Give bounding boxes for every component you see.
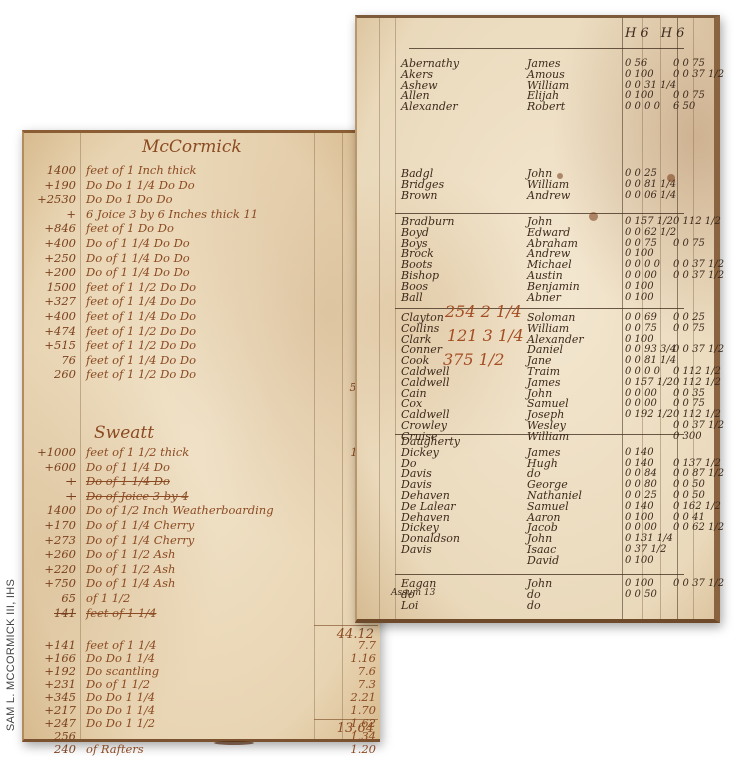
ledger-qty: +400	[30, 236, 76, 250]
entry-c1: 0 100	[625, 555, 654, 567]
entry-c2: 6 50	[673, 101, 695, 113]
ledger-desc: feet of 1 Inch thick	[86, 163, 197, 177]
ledger-amt: 1.20	[350, 742, 376, 756]
ledger-desc: of Rafters	[86, 742, 144, 756]
total-rule	[314, 719, 378, 720]
ledger-page-right: H6 H6 AbernathyJames0 560 0 75AkersAmous…	[355, 15, 720, 623]
ledger-qty: +515	[30, 338, 76, 352]
ledger-row: +141feet of 1 1/47.7	[24, 638, 380, 652]
tally-sum: 375 1/2	[443, 350, 504, 369]
margin-note: Assum 13	[391, 588, 435, 598]
ledger-desc: Do of 1 1/2 Ash	[86, 562, 175, 576]
ledger-amt: 7.7	[358, 638, 376, 652]
ledger-desc: Do of 1 1/2	[86, 677, 150, 691]
ledger-desc: feet of 1 1/2 Do Do	[86, 367, 196, 381]
ledger-row: +846feet of 1 Do Do2.5	[24, 221, 380, 235]
ledger-row: +200Do of 1 1/4 Do Do2.5	[24, 265, 380, 279]
ledger-desc: feet of 1 1/4	[86, 638, 156, 652]
ledger-amt: 7.3	[358, 677, 376, 691]
section-title-sweatt: Sweatt	[94, 423, 154, 443]
ledger-qty: +220	[30, 562, 76, 576]
ledger-row: +170Do of 1 1/4 Cherry6	[24, 518, 380, 532]
ledger-desc: Do of 1 1/4 Do	[86, 474, 170, 488]
ledger-row: +2530Do Do 1 Do Do2.6	[24, 192, 380, 206]
total-rule	[314, 625, 378, 626]
entry-surname: Loi	[401, 600, 418, 612]
ledger-amt: 1.16	[350, 651, 376, 665]
ledger-row: +220Do of 1 1/2 Ash3.2	[24, 562, 380, 576]
ledger-qty: +1000	[30, 445, 76, 459]
ledger-qty: +250	[30, 251, 76, 265]
section-title-mccormick: McCormick	[142, 137, 242, 157]
ledger-desc: Do of 1 1/4 Do Do	[86, 265, 190, 279]
name-entry-row: David0 100	[357, 555, 714, 567]
name-entry-row: AlexanderRobert0 0 0 06 50	[357, 101, 714, 113]
name-ledger: AbernathyJames0 560 0 75AkersAmous0 1000…	[357, 18, 714, 619]
ledger-row: +1000feet of 1 1/2 thick12.5	[24, 445, 380, 459]
ledger-desc: Do Do 1 1/2	[86, 716, 155, 730]
ledger-row: 1400Do of 1/2 Inch Weatherboarding7.0	[24, 503, 380, 517]
ledger-row: 1400feet of 1 Inch thick4.0	[24, 163, 380, 177]
ledger-row: +166Do Do 1 1/41.16	[24, 651, 380, 665]
ledger-desc: Do of Joice 3 by 4	[86, 489, 189, 503]
section-total: 13.64	[337, 721, 374, 736]
ledger-desc: Do of 1/2 Inch Weatherboarding	[86, 503, 274, 517]
ledger-page-left: McCormick 1400feet of 1 Inch thick4.0+19…	[22, 130, 380, 742]
ledger-section-sweatt: +1000feet of 1 1/2 thick12.5+600Do of 1 …	[24, 445, 380, 625]
ledger-desc: feet of 1 Do Do	[86, 221, 174, 235]
ledger-row: +515feet of 1 1/2 Do Do6.4	[24, 338, 380, 352]
entry-given: Robert	[527, 101, 565, 113]
ledger-qty: 256	[30, 729, 76, 743]
entry-surname: Brown	[401, 190, 437, 202]
ledger-desc: Do Do 1 1/4	[86, 703, 155, 717]
name-entry-row: BrownAndrew0 0 06 1/4	[357, 190, 714, 202]
ledger-desc: Do of 1 1/4 Do	[86, 460, 170, 474]
ledger-qty: +231	[30, 677, 76, 691]
ledger-qty: +345	[30, 690, 76, 704]
ink-stain	[589, 212, 598, 221]
ledger-desc: Do scantling	[86, 664, 159, 678]
name-entry-row: Loido	[357, 600, 714, 612]
ledger-row: +217Do Do 1 1/41.70	[24, 703, 380, 717]
ledger-qty: 65	[30, 591, 76, 605]
ledger-qty: +400	[30, 309, 76, 323]
ledger-row: +750Do of 1 1/4 Ash2.7	[24, 576, 380, 590]
ledger-desc: Do of 1 1/4 Do Do	[86, 236, 190, 250]
ledger-row: 2561.34	[24, 729, 380, 743]
ledger-row: 76feet of 1 1/4 Do Do1.1	[24, 353, 380, 367]
entry-given: Abner	[527, 292, 561, 304]
ledger-desc: Do Do 1 1/4	[86, 651, 155, 665]
ledger-amt: 2.21	[350, 690, 376, 704]
ledger-desc: Do Do 1 1/4	[86, 690, 155, 704]
ledger-qty: 1400	[30, 163, 76, 177]
ledger-section-lumber: +141feet of 1 1/47.7+166Do Do 1 1/41.16+…	[24, 638, 380, 738]
ledger-row: +400feet of 1 1/4 Do Do5.0	[24, 309, 380, 323]
ledger-qty: +273	[30, 533, 76, 547]
entry-given: do	[527, 600, 541, 612]
ledger-desc: feet of 1 1/4 Do Do	[86, 309, 196, 323]
ledger-row: +192Do scantling7.6	[24, 664, 380, 678]
ledger-qty: +846	[30, 221, 76, 235]
group-divider-rule	[395, 213, 684, 214]
ledger-qty: +327	[30, 294, 76, 308]
ledger-qty: +600	[30, 460, 76, 474]
ledger-qty: 260	[30, 367, 76, 381]
ledger-qty: +200	[30, 265, 76, 279]
ledger-qty: +190	[30, 178, 76, 192]
ledger-row: 65of 1 1/23.7	[24, 591, 380, 605]
ledger-desc: Do of 1 1/4 Do Do	[86, 251, 190, 265]
ledger-row: 260feet of 1 1/2 Do Do3.7	[24, 367, 380, 381]
ledger-desc: feet of 1 1/4 Do Do	[86, 294, 196, 308]
ledger-row: +345Do Do 1 1/42.21	[24, 690, 380, 704]
ledger-qty: 1500	[30, 280, 76, 294]
ink-stain	[667, 174, 675, 182]
ledger-row: 240of Rafters1.20	[24, 742, 380, 756]
ledger-desc: Do of 1 1/4 Ash	[86, 576, 175, 590]
ledger-desc: feet of 1 1/2 Do Do	[86, 280, 196, 294]
entry-c1: 0 100	[625, 292, 654, 304]
ledger-row: 1500feet of 1 1/2 Do Do7.5	[24, 280, 380, 294]
entry-c1: 0 0 06 1/4	[625, 190, 676, 202]
tally-sum: 254 2 1/4	[445, 302, 522, 321]
ledger-qty: +247	[30, 716, 76, 730]
ledger-desc: of 1 1/2	[86, 591, 130, 605]
entry-given: Andrew	[527, 190, 570, 202]
ledger-row: +231Do of 1 1/27.3	[24, 677, 380, 691]
group-divider-rule	[395, 308, 684, 309]
ledger-qty: +260	[30, 547, 76, 561]
ink-stain	[557, 173, 563, 179]
ledger-qty: +141	[30, 638, 76, 652]
ledger-row: +Do of Joice 3 by 4	[24, 489, 380, 503]
ledger-row: +400Do of 1 1/4 Do Do5.0	[24, 236, 380, 250]
ledger-qty: +192	[30, 664, 76, 678]
ledger-desc: Do of 1 1/4 Cherry	[86, 518, 194, 532]
ledger-qty: +2530	[30, 192, 76, 206]
entry-given: David	[527, 555, 559, 567]
ledger-desc: feet of 1 1/4 Do Do	[86, 353, 196, 367]
ledger-qty: +	[30, 207, 76, 221]
ledger-desc: feet of 1 1/2 thick	[86, 445, 189, 459]
ledger-qty: 240	[30, 742, 76, 756]
ledger-amt: 1.70	[350, 703, 376, 717]
ledger-desc: feet of 1 1/4	[86, 606, 156, 620]
ledger-qty: +	[30, 489, 76, 503]
ledger-qty: +750	[30, 576, 76, 590]
ledger-qty: +	[30, 474, 76, 488]
entry-surname: Ball	[401, 292, 423, 304]
ledger-row: +250Do of 1 1/4 Do Do3.1	[24, 251, 380, 265]
ledger-row: +474feet of 1 1/2 Do Do2.5	[24, 324, 380, 338]
ledger-desc: 6 Joice 3 by 6 Inches thick 11	[86, 207, 258, 221]
ledger-row: +260Do of 1 1/2 Ash3.4	[24, 547, 380, 561]
ledger-desc: Do of 1 1/4 Cherry	[86, 533, 194, 547]
ledger-row: +327feet of 1 1/4 Do Do3.4	[24, 294, 380, 308]
ledger-row: +600Do of 1 1/4 Do7.5	[24, 460, 380, 474]
ledger-desc: Do Do 1 Do Do	[86, 192, 173, 206]
ledger-qty: +170	[30, 518, 76, 532]
name-entry-row: BallAbner0 100	[357, 292, 714, 304]
photo-credit: SAM L. MCCORMICK III, IHS	[2, 560, 20, 750]
ledger-desc: feet of 1 1/2 Do Do	[86, 338, 196, 352]
group-divider-rule	[395, 574, 684, 575]
ledger-qty: +166	[30, 651, 76, 665]
ledger-row: +273Do of 1 1/4 Cherry2.1	[24, 533, 380, 547]
ledger-desc: Do of 1 1/2 Ash	[86, 547, 175, 561]
ledger-qty: 141	[30, 606, 76, 620]
ledger-row: +6 Joice 3 by 6 Inches thick 11Lin	[24, 207, 380, 221]
ledger-amt: 7.6	[358, 664, 376, 678]
entry-c1: 0 0 0 0	[625, 101, 660, 113]
ledger-row: +190Do Do 1 1/4 Do Do1.1	[24, 178, 380, 192]
ledger-qty: 76	[30, 353, 76, 367]
ledger-desc: feet of 1 1/2 Do Do	[86, 324, 196, 338]
tally-sum: 121 3 1/4	[447, 326, 524, 345]
ledger-qty: 1400	[30, 503, 76, 517]
ledger-row: 141feet of 1 1/4	[24, 606, 380, 620]
ledger-row: +Do of 1 1/4 Do	[24, 474, 380, 488]
photo-credit-text: SAM L. MCCORMICK III, IHS	[5, 579, 17, 731]
entry-surname: Alexander	[401, 101, 458, 113]
ledger-desc: Do Do 1 1/4 Do Do	[86, 178, 195, 192]
ledger-qty: +474	[30, 324, 76, 338]
ledger-section-mccormick: 1400feet of 1 Inch thick4.0+190Do Do 1 1…	[24, 163, 380, 393]
ledger-qty: +217	[30, 703, 76, 717]
ink-stain	[214, 741, 254, 745]
